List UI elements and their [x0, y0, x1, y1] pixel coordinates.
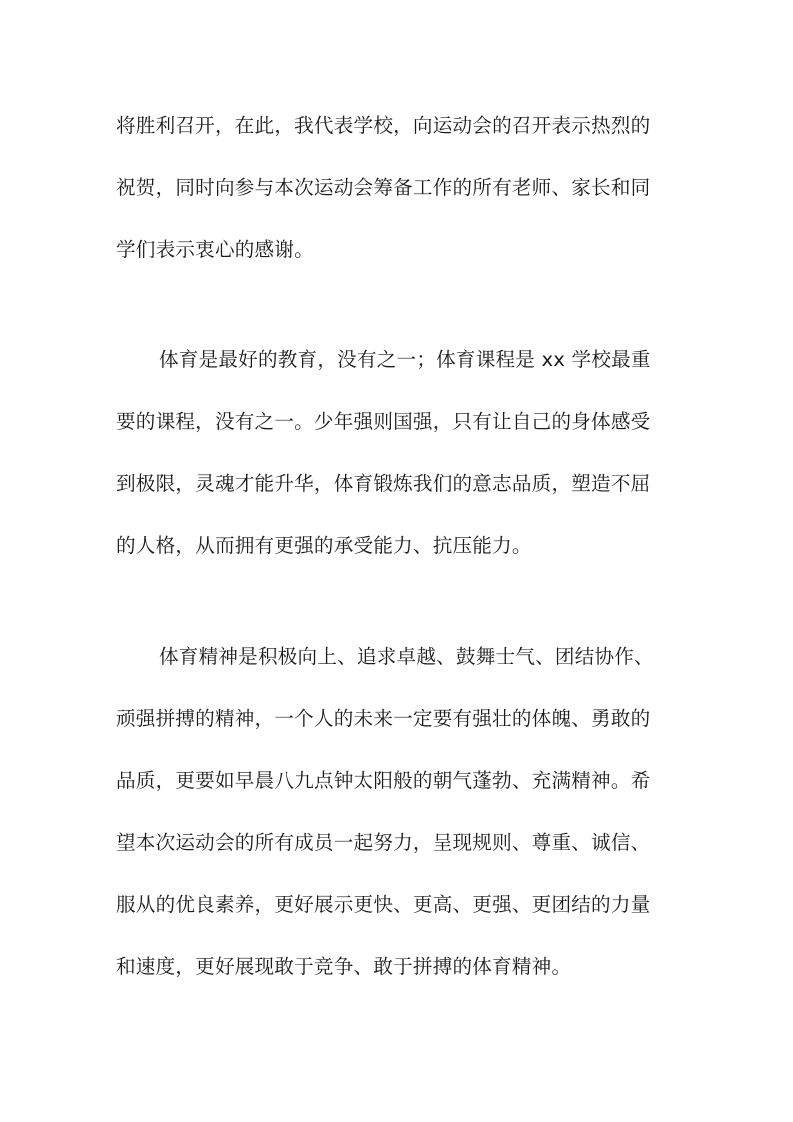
text-line: 体育是最好的教育，没有之一；体育课程是 xx 学校最重	[159, 345, 729, 375]
text-line: 和速度，更好展现敢于竞争、敢于拼搏的体育精神。	[116, 952, 686, 982]
text-line: 顽强拼搏的精神，一个人的未来一定要有强壮的体魄、勇敢的	[116, 704, 686, 734]
text-line: 望本次运动会的所有成员一起努力，呈现规则、尊重、诚信、	[116, 828, 686, 858]
text-line: 的人格，从而拥有更强的承受能力、抗压能力。	[116, 531, 686, 561]
text-line: 要的课程，没有之一。少年强则国强，只有让自己的身体感受	[116, 407, 686, 437]
text-line: 祝贺，同时向参与本次运动会筹备工作的所有老师、家长和同	[116, 173, 686, 203]
text-line: 到极限，灵魂才能升华，体育锻炼我们的意志品质，塑造不屈	[116, 469, 686, 499]
text-line: 将胜利召开，在此，我代表学校，向运动会的召开表示热烈的	[116, 111, 686, 141]
document-page: 将胜利召开，在此，我代表学校，向运动会的召开表示热烈的 祝贺，同时向参与本次运动…	[0, 0, 793, 1122]
text-line: 学们表示衷心的感谢。	[116, 235, 686, 265]
text-line: 体育精神是积极向上、追求卓越、鼓舞士气、团结协作、	[159, 642, 729, 672]
text-line: 品质，更要如早晨八九点钟太阳般的朝气蓬勃、充满精神。希	[116, 766, 686, 796]
text-line: 服从的优良素养，更好展示更快、更高、更强、更团结的力量	[116, 890, 686, 920]
